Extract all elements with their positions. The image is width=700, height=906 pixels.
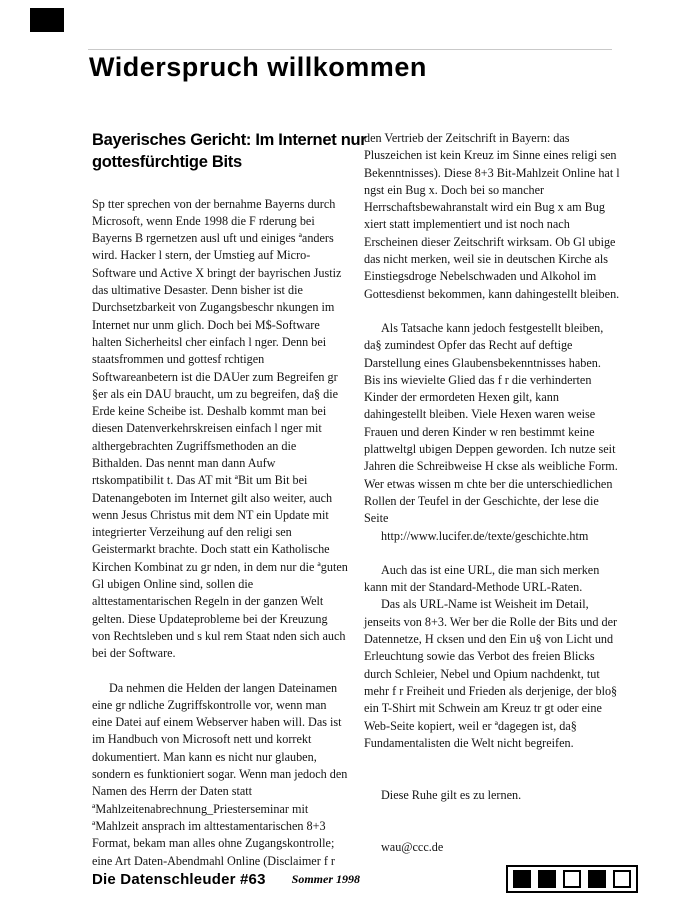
publication-name: Die Datenschleuder #63: [92, 871, 266, 888]
title-rule: [88, 49, 612, 50]
page-footer: Die Datenschleuder #63 Sommer 1998: [92, 864, 638, 894]
article-heading-line: gottesfürchtige Bits: [92, 152, 348, 174]
article-heading-line: Bayerisches Gericht: Im Internet nur: [92, 130, 348, 152]
left-column-paragraphs: Sp tter sprechen von der bernahme Bayern…: [92, 196, 348, 870]
marker-square: [538, 870, 556, 888]
marker-square: [563, 870, 581, 888]
marker-square: [613, 870, 631, 888]
marker-square: [588, 870, 606, 888]
right-column-paragraphs: den Vertrieb der Zeitschrift in Bayern: …: [364, 130, 620, 857]
right-column: den Vertrieb der Zeitschrift in Bayern: …: [364, 130, 620, 870]
document-page: Widerspruch willkommen Bayerisches Geric…: [0, 0, 700, 906]
paragraph: Da nehmen die Helden der langen Dateinam…: [92, 680, 348, 870]
paragraph: Diese Ruhe gilt es zu lernen.: [364, 787, 620, 804]
paragraph: Als Tatsache kann jedoch festgestellt bl…: [364, 320, 620, 528]
paragraph: den Vertrieb der Zeitschrift in Bayern: …: [364, 130, 620, 303]
corner-registration-mark: [30, 8, 64, 32]
paragraph: http://www.lucifer.de/texte/geschichte.h…: [364, 528, 620, 545]
article-columns: Bayerisches Gericht: Im Internet nurgott…: [92, 130, 620, 870]
paragraph: Das als URL-Name ist Weisheit im Detail,…: [364, 596, 620, 752]
paragraph: wau@ccc.de: [364, 839, 620, 856]
paragraph: Sp tter sprechen von der bernahme Bayern…: [92, 196, 348, 663]
marker-square: [513, 870, 531, 888]
paragraph: Auch das ist eine URL, die man sich merk…: [364, 562, 620, 597]
issue-marker-squares: [506, 865, 638, 893]
left-column: Bayerisches Gericht: Im Internet nurgott…: [92, 130, 348, 870]
issue-date: Sommer 1998: [292, 872, 360, 887]
page-title: Widerspruch willkommen: [89, 52, 427, 83]
article-heading: Bayerisches Gericht: Im Internet nurgott…: [92, 130, 348, 174]
